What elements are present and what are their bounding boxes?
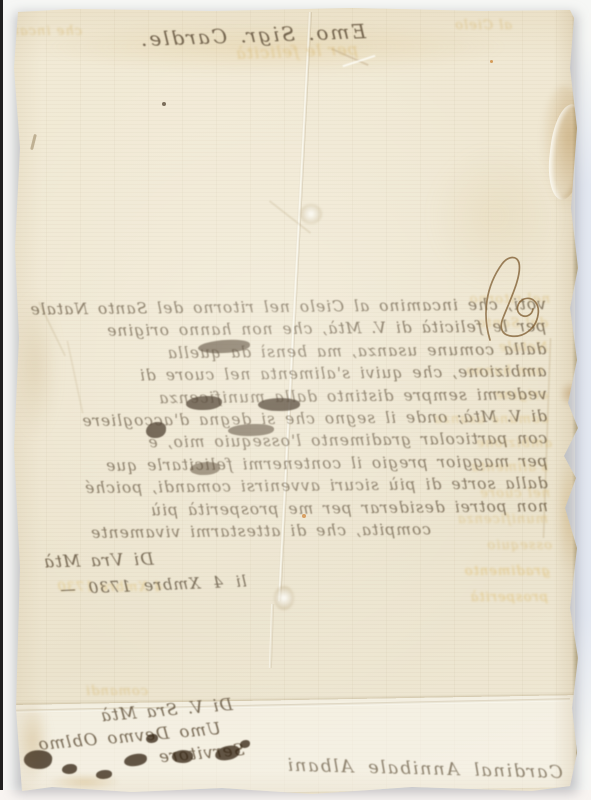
ink-blot bbox=[228, 424, 274, 436]
stain bbox=[16, 698, 50, 784]
wrinkle-line bbox=[38, 302, 66, 357]
offset-text-fragment: che incamino bbox=[18, 24, 82, 39]
scan-background-tint bbox=[575, 40, 591, 760]
ink-blot bbox=[198, 339, 250, 354]
lower-fold-panel bbox=[15, 695, 577, 797]
body-line: ambizione, che quivi s'alimenta nel cuor… bbox=[32, 361, 546, 389]
wrinkle-line bbox=[331, 48, 368, 66]
offset-text-fragment: comandi bbox=[52, 684, 148, 699]
ink-blot bbox=[23, 748, 53, 771]
offset-text-fragment: Natale bbox=[452, 340, 548, 355]
offset-text-fragment: nel ritorno bbox=[450, 292, 550, 307]
body-line: compita, che di attestarmi vivamente bbox=[34, 517, 548, 545]
ink-blot bbox=[214, 744, 241, 761]
body-line: di V. Mtà; onde il segno che si degna d'… bbox=[33, 405, 547, 433]
offset-text-fragment: s'alimenta bbox=[464, 460, 548, 475]
closing-line: Di Vra Mtà bbox=[33, 539, 557, 573]
offset-text-fragment: prosperità bbox=[464, 590, 548, 605]
fold-crease-vertical bbox=[277, 12, 312, 601]
body-line: non potrei desiderar per me prosperità p… bbox=[34, 495, 548, 523]
ink-blot bbox=[123, 753, 147, 767]
ink-blot bbox=[146, 734, 158, 743]
body-text-block: voti, che incamino al Cielo nel ritorno … bbox=[32, 293, 549, 545]
ink-blot bbox=[62, 764, 77, 774]
body-line: dalla sorte di più sicuri avvenirsi coma… bbox=[34, 473, 548, 501]
closing-formula-line: Umo Devmo Oblmo bbox=[11, 715, 249, 759]
offset-text-fragment: non hanno bbox=[464, 364, 544, 379]
wrinkle-line bbox=[543, 338, 552, 538]
offset-text-fragment: per le felicità bbox=[108, 40, 359, 68]
offset-text-fragment: comune usanza bbox=[462, 412, 548, 427]
closing-formula-line: Di V. Sra Mtà bbox=[9, 692, 247, 736]
date-line: li 4 Xmbre 1730 — bbox=[33, 558, 573, 600]
paper-sheet: per le felicitàche incaminoal Cielonel r… bbox=[12, 8, 579, 794]
closing-formula-line: Servitore bbox=[13, 738, 251, 782]
pen-flourish-icon bbox=[474, 254, 556, 344]
body-line: vedermi sempre distinto dalla munificenz… bbox=[33, 383, 547, 411]
ink-blot bbox=[240, 740, 250, 748]
offset-text-fragment: del Santo bbox=[458, 316, 548, 331]
offset-text-fragment: munificenza bbox=[462, 512, 548, 527]
crease-knot bbox=[274, 586, 294, 610]
paper-crack bbox=[30, 134, 37, 150]
stain bbox=[430, 146, 560, 286]
body-line: dalla comune usanza, ma bensì da quella bbox=[32, 338, 546, 366]
ink-blot bbox=[146, 422, 166, 438]
ink-speck bbox=[162, 102, 166, 106]
offset-text-fragment: gradimento bbox=[460, 564, 550, 579]
wrinkle-line bbox=[269, 200, 311, 234]
ink-blot bbox=[186, 396, 222, 410]
wrinkle-line bbox=[66, 341, 83, 414]
stain bbox=[40, 18, 510, 76]
ink-speck bbox=[302, 514, 306, 518]
offset-text-fragment: nel cuore bbox=[456, 486, 550, 501]
stain bbox=[14, 290, 58, 440]
body-line: per maggior pregio il contenermi felicit… bbox=[33, 450, 547, 478]
body-line: voti, che incamino al Cielo nel ritorno … bbox=[32, 293, 546, 321]
ink-blot bbox=[96, 770, 112, 779]
manuscript-scan: per le felicitàche incaminoal Cielonel r… bbox=[0, 0, 591, 800]
body-line: per le felicità di V. Mtà, che non hanno… bbox=[32, 316, 546, 344]
body-line: con particolar gradimento l'ossequio mio… bbox=[33, 428, 547, 456]
offset-text-fragment: ossequio bbox=[454, 538, 552, 553]
offset-text-fragment: al Cielo bbox=[422, 18, 512, 33]
fold-crease-horizontal bbox=[14, 698, 570, 713]
crease-knot bbox=[300, 204, 322, 224]
signature-line: Il Cardinal Annibale Albani bbox=[230, 753, 591, 783]
ink-blot bbox=[258, 397, 300, 411]
ink-blot bbox=[171, 749, 193, 764]
fold-crease-vertical-tail bbox=[269, 604, 274, 668]
scanner-edge-shadow bbox=[0, 0, 3, 800]
wrinkle-line bbox=[343, 55, 376, 67]
offset-text-fragment: origine bbox=[456, 388, 548, 403]
ink-speck bbox=[490, 60, 493, 63]
header-inscription: Emo. Sigr. Cardle. bbox=[88, 19, 367, 53]
offset-text-fragment: 4 Xmbre 1730 bbox=[42, 580, 162, 595]
offset-text-fragment: ambizione bbox=[452, 436, 552, 451]
address-closing-block: Di V. Sra MtàUmo Devmo OblmoServitore bbox=[9, 692, 251, 781]
ink-blot bbox=[190, 462, 220, 475]
